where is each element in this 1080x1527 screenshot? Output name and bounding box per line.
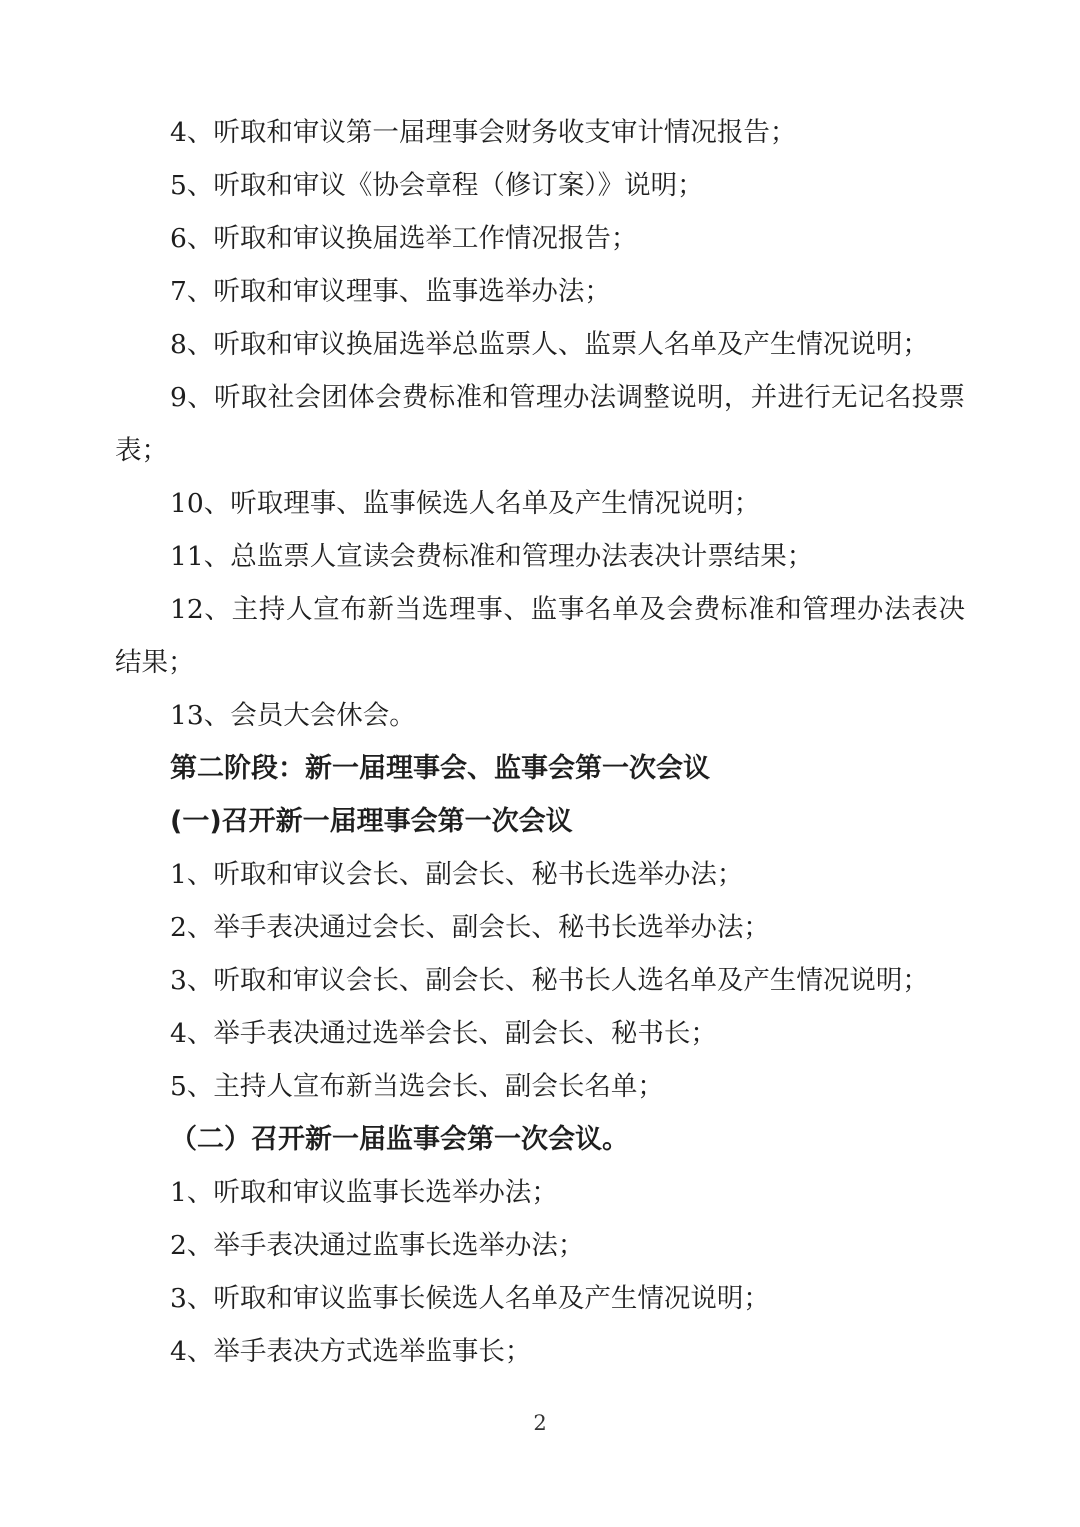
agenda-item-paragraph: 13、会员大会休会。: [115, 689, 965, 742]
agenda-item-paragraph: 5、听取和审议《协会章程（修订案）》说明；: [115, 159, 965, 212]
stage-heading: 第二阶段：新一届理事会、监事会第一次会议: [115, 742, 965, 795]
agenda-item-paragraph: 2、举手表决通过监事长选举办法；: [115, 1219, 965, 1272]
page-number: 2: [0, 1410, 1080, 1436]
agenda-item-paragraph: 12、主持人宣布新当选理事、监事名单及会费标准和管理办法表决结果；: [115, 583, 965, 689]
agenda-item-paragraph: 10、听取理事、监事候选人名单及产生情况说明；: [115, 477, 965, 530]
agenda-item-paragraph: 6、听取和审议换届选举工作情况报告；: [115, 212, 965, 265]
agenda-item-paragraph: 3、听取和审议会长、副会长、秘书长人选名单及产生情况说明；: [115, 954, 965, 1007]
agenda-item-paragraph: 4、举手表决通过选举会长、副会长、秘书长；: [115, 1007, 965, 1060]
agenda-item-paragraph: 4、举手表决方式选举监事长；: [115, 1325, 965, 1378]
document-body: 4、听取和审议第一届理事会财务收支审计情况报告；5、听取和审议《协会章程（修订案…: [115, 106, 965, 1378]
agenda-item-paragraph: 7、听取和审议理事、监事选举办法；: [115, 265, 965, 318]
agenda-item-paragraph: 3、听取和审议监事长候选人名单及产生情况说明；: [115, 1272, 965, 1325]
agenda-item-paragraph: 1、听取和审议监事长选举办法；: [115, 1166, 965, 1219]
agenda-item-paragraph: 2、举手表决通过会长、副会长、秘书长选举办法；: [115, 901, 965, 954]
section-heading: (一)召开新一届理事会第一次会议: [115, 795, 965, 848]
section-heading: （二）召开新一届监事会第一次会议。: [115, 1113, 965, 1166]
agenda-item-paragraph: 9、听取社会团体会费标准和管理办法调整说明，并进行无记名投票表；: [115, 371, 965, 477]
agenda-item-paragraph: 8、听取和审议换届选举总监票人、监票人名单及产生情况说明；: [115, 318, 965, 371]
document-page: 4、听取和审议第一届理事会财务收支审计情况报告；5、听取和审议《协会章程（修订案…: [0, 0, 1080, 1527]
agenda-item-paragraph: 1、听取和审议会长、副会长、秘书长选举办法；: [115, 848, 965, 901]
agenda-item-paragraph: 11、总监票人宣读会费标准和管理办法表决计票结果；: [115, 530, 965, 583]
agenda-item-paragraph: 5、主持人宣布新当选会长、副会长名单；: [115, 1060, 965, 1113]
agenda-item-paragraph: 4、听取和审议第一届理事会财务收支审计情况报告；: [115, 106, 965, 159]
